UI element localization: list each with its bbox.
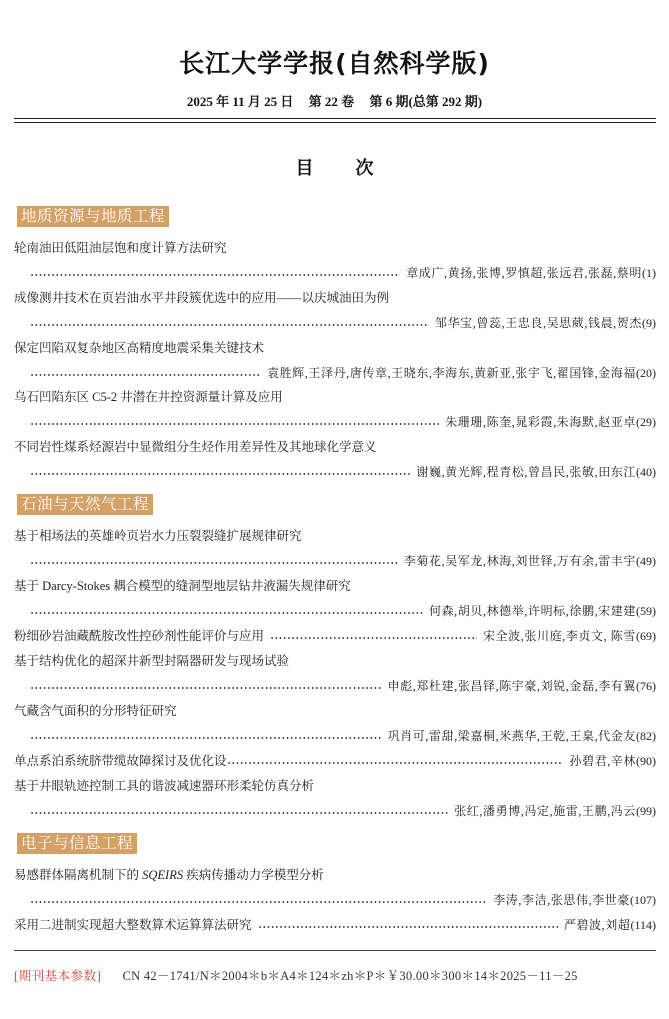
article-title-prefix: 易感群体隔离机制下的 [14, 868, 142, 882]
article-authors: 宋全波,张川庭,李贞文, 陈雪 [483, 628, 636, 644]
article-authors: 巩肖可,雷甜,梁嘉桐,米燕华,王乾,王臬,代金友 [388, 728, 636, 744]
leader-dots [30, 323, 429, 327]
header-divider [14, 118, 656, 123]
params-value: CN 42－1741/N＊2004＊b＊A4＊124＊zh＊P＊￥30.00＊3… [122, 969, 577, 983]
article-authors: 章成广,黄扬,张博,罗慎超,张远君,张磊,蔡明 [406, 265, 642, 281]
article-title[interactable]: 基于井眼轨迹控制工具的谐波减速器环形柔轮仿真分析 [14, 778, 314, 794]
section-badge-geology: 地质资源与地质工程 [17, 206, 169, 227]
article-byline: 谢巍,黄光辉,程青松,曾昌民,张敏,田东江(40) [30, 464, 656, 480]
article-page[interactable]: (69) [636, 628, 656, 644]
article-byline: 张红,潘勇博,冯定,施雷,王鹏,冯云(99) [30, 803, 656, 819]
leader-dots [30, 472, 410, 476]
article-page[interactable]: (114) [630, 917, 656, 933]
article-byline: 朱珊珊,陈奎,晁彩霞,朱海默,赵亚卓(29) [30, 414, 656, 430]
article-page[interactable]: (82) [636, 728, 656, 744]
leader-dots [30, 561, 398, 565]
article-authors: 孙碧君,辛林 [569, 753, 636, 769]
article-authors: 张红,潘勇博,冯定,施雷,王鹏,冯云 [454, 803, 636, 819]
article-page[interactable]: (76) [636, 678, 656, 694]
article-authors: 李菊花,吴军龙,林海,刘世铎,万有余,雷丰宇 [404, 553, 636, 569]
issue-volume: 第 22 卷 [309, 94, 355, 109]
article-title[interactable]: 乌石凹陷东区 C5-2 井潜在井控资源量计算及应用 [14, 389, 283, 405]
article-title[interactable]: 单点系泊系统脐带缆故障探讨及优化设 [14, 753, 227, 769]
article-title[interactable]: 不同岩性煤系烃源岩中显微组分生烃作用差异性及其地球化学意义 [14, 439, 377, 455]
leader-dots [30, 422, 439, 426]
article-authors: 何森,胡贝,林德举,许明标,徐鹏,宋建建 [429, 603, 636, 619]
article-page[interactable]: (1) [642, 265, 656, 281]
leader-dots [30, 736, 382, 740]
leader-dots [270, 636, 477, 640]
toc-heading: 目次 [0, 154, 669, 180]
article-byline: 李涛,李洁,张思伟,李世豪(107) [30, 892, 656, 908]
footer-divider [14, 950, 656, 951]
issue-info: 2025 年 11 月 25 日 第 22 卷 第 6 期(总第 292 期) [0, 91, 669, 110]
article-authors: 朱珊珊,陈奎,晁彩霞,朱海默,赵亚卓 [445, 414, 636, 430]
article-title-model: SQEIRS [142, 868, 183, 882]
leader-dots [227, 761, 564, 765]
leader-dots [30, 273, 400, 277]
article-authors: 严碧波,刘超 [564, 917, 631, 933]
toc-heading-char-1: 目 [296, 158, 314, 179]
issue-number: 第 6 期(总第 292 期) [369, 94, 482, 109]
article-page[interactable]: (40) [636, 464, 656, 480]
article-byline: 何森,胡贝,林德举,许明标,徐鹏,宋建建(59) [30, 603, 656, 619]
leader-dots [30, 373, 261, 377]
article-page[interactable]: (49) [636, 553, 656, 569]
leader-dots [258, 925, 558, 929]
article-authors: 袁胜辉,王泽丹,唐传章,王晓东,李海东,黄新亚,张宇飞,翟国锋,金海福 [267, 365, 636, 381]
section-badge-electronics: 电子与信息工程 [17, 833, 137, 854]
leader-dots [30, 611, 423, 615]
article-title[interactable]: 成像测井技术在页岩油水平井段簇优选中的应用——以庆城油田为例 [14, 290, 389, 306]
article-byline: 袁胜辉,王泽丹,唐传章,王晓东,李海东,黄新亚,张宇飞,翟国锋,金海福(20) [30, 365, 656, 381]
leader-dots [30, 811, 448, 815]
article-byline: 李菊花,吴军龙,林海,刘世铎,万有余,雷丰宇(49) [30, 553, 656, 569]
params-label: [期刊基本参数] [14, 969, 101, 983]
leader-dots [30, 900, 487, 904]
article-authors: 邹华宝,曾蕊,王忠良,吴思葳,钱晨,贺杰 [435, 315, 642, 331]
article-byline: 巩肖可,雷甜,梁嘉桐,米燕华,王乾,王臬,代金友(82) [30, 728, 656, 744]
article-row-inline: 粉细砂岩油藏酰胺改性控砂剂性能评价与应用 宋全波,张川庭,李贞文, 陈雪(69) [14, 628, 656, 644]
article-authors: 李涛,李洁,张思伟,李世豪 [493, 892, 630, 908]
journal-title: 长江大学学报(自然科学版) [0, 44, 669, 80]
section-badge-petroleum: 石油与天然气工程 [17, 494, 153, 515]
article-page[interactable]: (99) [636, 803, 656, 819]
article-byline: 邹华宝,曾蕊,王忠良,吴思葳,钱晨,贺杰(9) [30, 315, 656, 331]
article-page[interactable]: (107) [630, 892, 656, 908]
article-title[interactable]: 易感群体隔离机制下的 SQEIRS 疾病传播动力学模型分析 [14, 867, 324, 883]
issue-date: 2025 年 11 月 25 日 [187, 94, 294, 109]
article-title[interactable]: 轮南油田低阻油层饱和度计算方法研究 [14, 240, 227, 256]
article-title[interactable]: 采用二进制实现超大整数算术运算算法研究 [14, 917, 252, 933]
article-authors: 申彪,郑杜建,张昌铎,陈宇豪,刘锐,金磊,李有翼 [388, 678, 636, 694]
leader-dots [30, 686, 382, 690]
article-title[interactable]: 气藏含气面积的分形特征研究 [14, 703, 177, 719]
journal-parameters: [期刊基本参数] CN 42－1741/N＊2004＊b＊A4＊124＊zh＊P… [14, 966, 578, 984]
article-page[interactable]: (20) [636, 365, 656, 381]
article-page[interactable]: (9) [642, 315, 656, 331]
article-row-inline: 采用二进制实现超大整数算术运算算法研究 严碧波,刘超(114) [14, 917, 656, 933]
article-row-inline: 单点系泊系统脐带缆故障探讨及优化设 孙碧君,辛林(90) [14, 753, 656, 769]
article-title[interactable]: 粉细砂岩油藏酰胺改性控砂剂性能评价与应用 [14, 628, 264, 644]
article-title-suffix: 疾病传播动力学模型分析 [183, 868, 324, 882]
article-title[interactable]: 保定凹陷双复杂地区高精度地震采集关键技术 [14, 340, 264, 356]
article-byline: 申彪,郑杜建,张昌铎,陈宇豪,刘锐,金磊,李有翼(76) [30, 678, 656, 694]
article-page[interactable]: (29) [636, 414, 656, 430]
article-title[interactable]: 基于相场法的英雄岭页岩水力压裂裂缝扩展规律研究 [14, 528, 302, 544]
article-page[interactable]: (90) [636, 753, 656, 769]
article-byline: 章成广,黄扬,张博,罗慎超,张远君,张磊,蔡明(1) [30, 265, 656, 281]
article-page[interactable]: (59) [636, 603, 656, 619]
article-title[interactable]: 基于 Darcy-Stokes 耦合模型的缝洞型地层钻井液漏失规律研究 [14, 578, 351, 594]
article-authors: 谢巍,黄光辉,程青松,曾昌民,张敏,田东江 [416, 464, 636, 480]
article-title[interactable]: 基于结构优化的超深井新型封隔器研发与现场试验 [14, 653, 289, 669]
toc-heading-char-2: 次 [356, 158, 374, 179]
